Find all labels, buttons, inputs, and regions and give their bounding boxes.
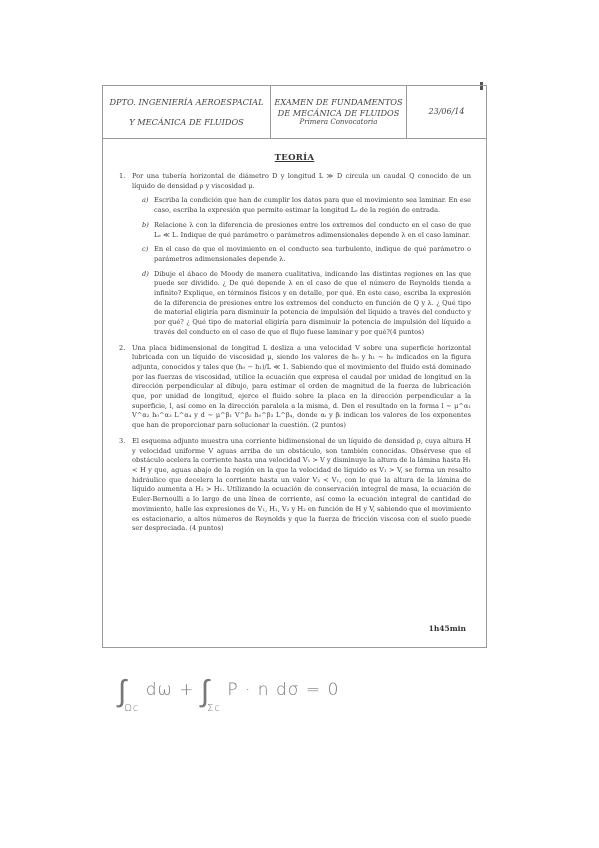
exam-page: DPTO. INGENIERÍA AEROESPACIAL Y MECÁNICA… xyxy=(0,0,599,848)
department-line2: Y MECÁNICA DE FLUIDOS xyxy=(129,117,244,127)
department-cell: DPTO. INGENIERÍA AEROESPACIAL Y MECÁNICA… xyxy=(103,86,271,138)
exam-header: DPTO. INGENIERÍA AEROESPACIAL Y MECÁNICA… xyxy=(103,86,486,139)
date-cell: 23/06/14 xyxy=(407,86,486,138)
equation-term-2: P · n dσ = 0 xyxy=(227,680,339,700)
question-2: 2. Una placa bidimensional de longitud L… xyxy=(119,344,471,431)
exam-duration: 1h45min xyxy=(429,624,466,633)
question-part-a: a) Escriba la condición que han de cumpl… xyxy=(132,196,471,215)
question-number: 1. xyxy=(119,172,132,338)
part-text: Dibuje el ábaco de Moody de manera cuali… xyxy=(154,270,471,338)
part-label: c) xyxy=(142,245,154,264)
integral-domain-1: Ωc xyxy=(124,703,139,714)
question-text: Por una tubería horizontal de diámetro D… xyxy=(132,172,471,191)
department-line1: DPTO. INGENIERÍA AEROESPACIAL xyxy=(109,97,263,107)
question-number: 2. xyxy=(119,344,132,431)
question-part-b: b) Relacione λ con la diferencia de pres… xyxy=(132,221,471,240)
part-text: Escriba la condición que han de cumplir … xyxy=(154,196,471,215)
questions: 1. Por una tubería horizontal de diámetr… xyxy=(119,172,471,540)
question-text: Una placa bidimensional de longitud L de… xyxy=(132,344,471,431)
handwritten-equation: ∫Ωc dω + ∫Σc P · n dσ = 0 xyxy=(118,668,339,703)
exam-line3: Primera Convocatoria xyxy=(300,118,378,127)
exam-date: 23/06/14 xyxy=(429,107,465,117)
part-label: a) xyxy=(142,196,154,215)
part-text: Relacione λ con la diferencia de presion… xyxy=(154,221,471,240)
part-label: d) xyxy=(142,270,154,338)
question-number: 3. xyxy=(119,437,132,534)
integral-domain-2: Σc xyxy=(207,703,221,714)
question-1: 1. Por una tubería horizontal de diámetr… xyxy=(119,172,471,338)
exam-line2: DE MECÁNICA DE FLUIDOS xyxy=(278,108,400,118)
question-part-d: d) Dibuje el ábaco de Moody de manera cu… xyxy=(132,270,471,338)
section-title: TEORÍA xyxy=(103,153,486,163)
question-part-c: c) En el caso de que el movimiento en el… xyxy=(132,245,471,264)
equation-term-1: dω + xyxy=(146,680,195,700)
exam-box: DPTO. INGENIERÍA AEROESPACIAL Y MECÁNICA… xyxy=(102,85,487,648)
part-label: b) xyxy=(142,221,154,240)
part-text: En el caso de que el movimiento en el co… xyxy=(154,245,471,264)
question-3: 3. El esquema adjunto muestra una corrie… xyxy=(119,437,471,534)
exam-line1: EXAMEN DE FUNDAMENTOS xyxy=(274,97,402,107)
question-text: El esquema adjunto muestra una corriente… xyxy=(132,437,471,534)
exam-title-cell: EXAMEN DE FUNDAMENTOS DE MECÁNICA DE FLU… xyxy=(271,86,407,138)
